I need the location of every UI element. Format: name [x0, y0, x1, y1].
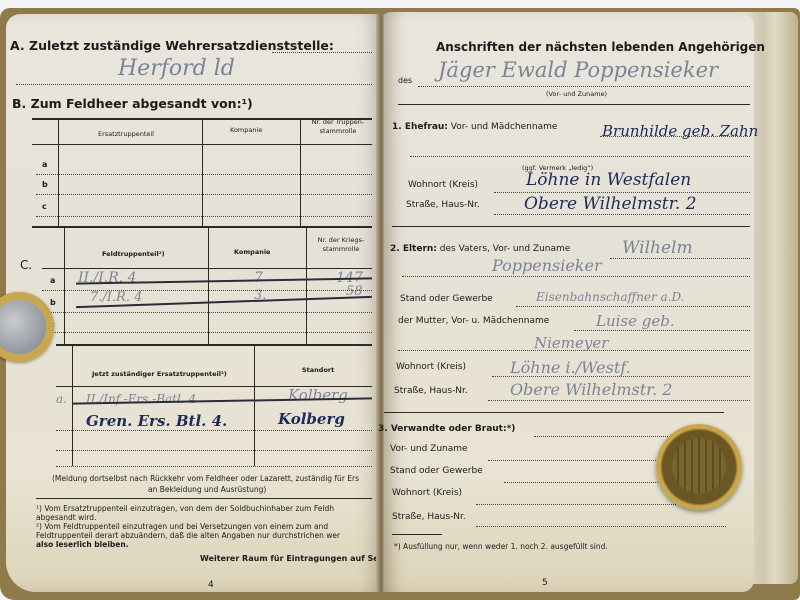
vater-stand-value: Eisenbahnschaffner a.D.	[536, 290, 685, 304]
section-c-label: C.	[20, 258, 32, 272]
section-3-label: 3. Verwandte oder Braut:*)	[378, 424, 515, 434]
rule	[36, 498, 372, 499]
dotted-line	[610, 258, 750, 259]
dotted-line	[42, 290, 372, 291]
col-divider	[58, 118, 59, 226]
c-col-2: Kompanie	[234, 248, 270, 256]
ehefrau-strasse-value: Obere Wilhelmstr. 2	[524, 194, 697, 214]
col-divider	[72, 344, 73, 466]
dotted-line	[574, 330, 750, 331]
dotted-line	[476, 504, 676, 505]
section-2-label: 2. Eltern:	[390, 244, 437, 254]
dotted-line	[16, 84, 372, 85]
d-note-line1: (Meldung dortselbst nach Rückkehr vom Fe…	[52, 474, 359, 483]
rule	[32, 144, 372, 145]
page-number-left: 4	[208, 580, 214, 590]
d-row-a-standort: Kolberg	[288, 386, 348, 404]
c-row-b-feldtruppenteil: 7./I.R. 4	[90, 290, 142, 305]
mutter-value-line1: Luise geb.	[596, 312, 675, 330]
eltern-strasse-value: Obere Wilhelmstr. 2	[510, 380, 672, 399]
rule	[392, 534, 442, 535]
page-number-right: 5	[542, 578, 548, 588]
left-page: A. Zuletzt zuständige Wehrersatzdienstst…	[6, 14, 382, 592]
dotted-line	[402, 276, 750, 277]
verwandte-strasse-label: Straße, Haus-Nr.	[392, 512, 466, 522]
verwandte-wohnort-label: Wohnort (Kreis)	[392, 488, 462, 498]
b-col-2: Kompanie	[230, 126, 262, 134]
vater-value-line1: Wilhelm	[622, 238, 693, 258]
dotted-line	[504, 482, 660, 483]
col-divider	[300, 118, 301, 226]
c-row-a-key: a	[50, 276, 55, 285]
col-divider	[64, 226, 65, 344]
c-row-b-key: b	[50, 298, 56, 307]
dotted-line	[36, 174, 372, 175]
dotted-line	[56, 450, 372, 451]
ehefrau-wohnort-value: Löhne in Westfalen	[526, 170, 691, 190]
d-col-1: Jetzt zuständiger Ersatztruppenteil²)	[92, 370, 227, 378]
ehefrau-name-label: Vor- und Mädchenname	[451, 122, 558, 132]
des-hint: (Vor- und Zuname)	[546, 90, 607, 98]
mutter-label: der Mutter, Vor- u. Mädchenname	[398, 316, 549, 326]
rule	[392, 226, 750, 227]
section-2: 2. Eltern: des Vaters, Vor- und Zuname	[390, 244, 570, 254]
gold-coin-face	[672, 438, 726, 494]
section-1: 1. Ehefrau: Vor- und Mädchenname	[392, 122, 557, 132]
eltern-wohnort-label: Wohnort (Kreis)	[396, 362, 466, 372]
ehefrau-wohnort-label: Wohnort (Kreis)	[408, 180, 478, 190]
dotted-line	[42, 312, 372, 313]
euro-coin-face	[0, 300, 46, 354]
footnote-1-line2: abgesandt wird.	[36, 513, 96, 522]
col-divider	[208, 226, 209, 344]
rule	[32, 226, 372, 228]
d-row-a-truppenteil: II./Inf.-Ers.-Batl. 4	[86, 392, 196, 406]
b-row-c-key: c	[42, 202, 47, 211]
dotted-line	[272, 52, 372, 53]
rule	[398, 104, 750, 105]
footnote-2-line3: also leserlich bleiben.	[36, 540, 129, 549]
section-b-label: B. Zum Feldheer abgesandt von:¹)	[12, 96, 253, 111]
vater-label: des Vaters, Vor- und Zuname	[440, 244, 571, 254]
b-col-1: Ersatztruppenteil	[98, 130, 154, 138]
b-row-b-key: b	[42, 180, 48, 189]
d-row-a-key: a.	[56, 392, 67, 406]
col-divider	[254, 344, 255, 466]
d-row-b-standort: Kolberg	[278, 410, 345, 428]
dotted-line	[56, 466, 372, 467]
section-a-label: A. Zuletzt zuständige Wehrersatzdienstst…	[10, 38, 334, 53]
dotted-line	[36, 194, 372, 195]
dotted-line	[476, 526, 726, 527]
rule	[384, 412, 724, 413]
c-row-a-kompanie: 7	[254, 270, 263, 286]
dotted-line	[488, 400, 750, 401]
d-row-b-truppenteil: Gren. Ers. Btl. 4.	[86, 412, 227, 430]
vater-value-line2: Poppensieker	[492, 256, 602, 275]
c-col-3: Nr. der Kriegs-stammrolle	[310, 236, 372, 254]
right-page-title: Anschriften der nächsten lebenden Angehö…	[436, 40, 765, 54]
eltern-wohnort-value: Löhne i./Westf.	[510, 358, 631, 377]
dotted-line	[56, 430, 372, 431]
section-a-value: Herford ld	[118, 56, 235, 81]
dotted-line	[488, 460, 658, 461]
col-divider	[202, 118, 203, 226]
d-col-2: Standort	[302, 366, 334, 374]
b-col-3: Nr. der Truppen-stammrolle	[306, 118, 370, 136]
footnote-1-line1: ¹) Vom Ersatztruppenteil einzutragen, vo…	[36, 504, 334, 513]
dotted-line	[494, 192, 750, 193]
dotted-line	[494, 214, 750, 215]
ehefrau-name-value: Brunhilde geb. Zahn	[602, 122, 758, 140]
section-3-footnote: *) Ausfüllung nur, wenn weder 1. noch 2.…	[394, 542, 608, 551]
dotted-line	[534, 436, 674, 437]
dotted-line	[418, 86, 750, 87]
des-label: des	[398, 76, 412, 85]
dotted-line	[36, 216, 372, 217]
b-row-a-key: a	[42, 160, 47, 169]
continuation-note: Weiterer Raum für Eintragungen auf Seit	[200, 554, 385, 563]
vater-stand-label: Stand oder Gewerbe	[400, 294, 493, 304]
mutter-value-line2: Niemeyer	[534, 334, 608, 352]
dotted-line	[516, 306, 750, 307]
c-col-1: Feldtruppenteil²)	[102, 250, 165, 258]
dotted-line	[42, 332, 372, 333]
rule	[56, 344, 372, 346]
eltern-strasse-label: Straße, Haus-Nr.	[394, 386, 468, 396]
d-note-line2: an Bekleidung und Ausrüstung)	[148, 485, 266, 494]
des-value: Jäger Ewald Poppensieker	[438, 58, 718, 82]
section-1-label: 1. Ehefrau:	[392, 122, 448, 132]
col-divider	[306, 226, 307, 344]
footnote-2-line2: Feldtruppenteil derart abzuändern, daß d…	[36, 531, 340, 540]
verwandte-name-label: Vor- und Zuname	[390, 444, 468, 454]
ehefrau-strasse-label: Straße, Haus-Nr.	[406, 200, 480, 210]
verwandte-stand-label: Stand oder Gewerbe	[390, 466, 483, 476]
footnote-2-line1: ²) Vom Feldtruppenteil einzutragen und b…	[36, 522, 328, 531]
gold-coin	[656, 424, 742, 510]
dotted-line	[410, 156, 750, 157]
